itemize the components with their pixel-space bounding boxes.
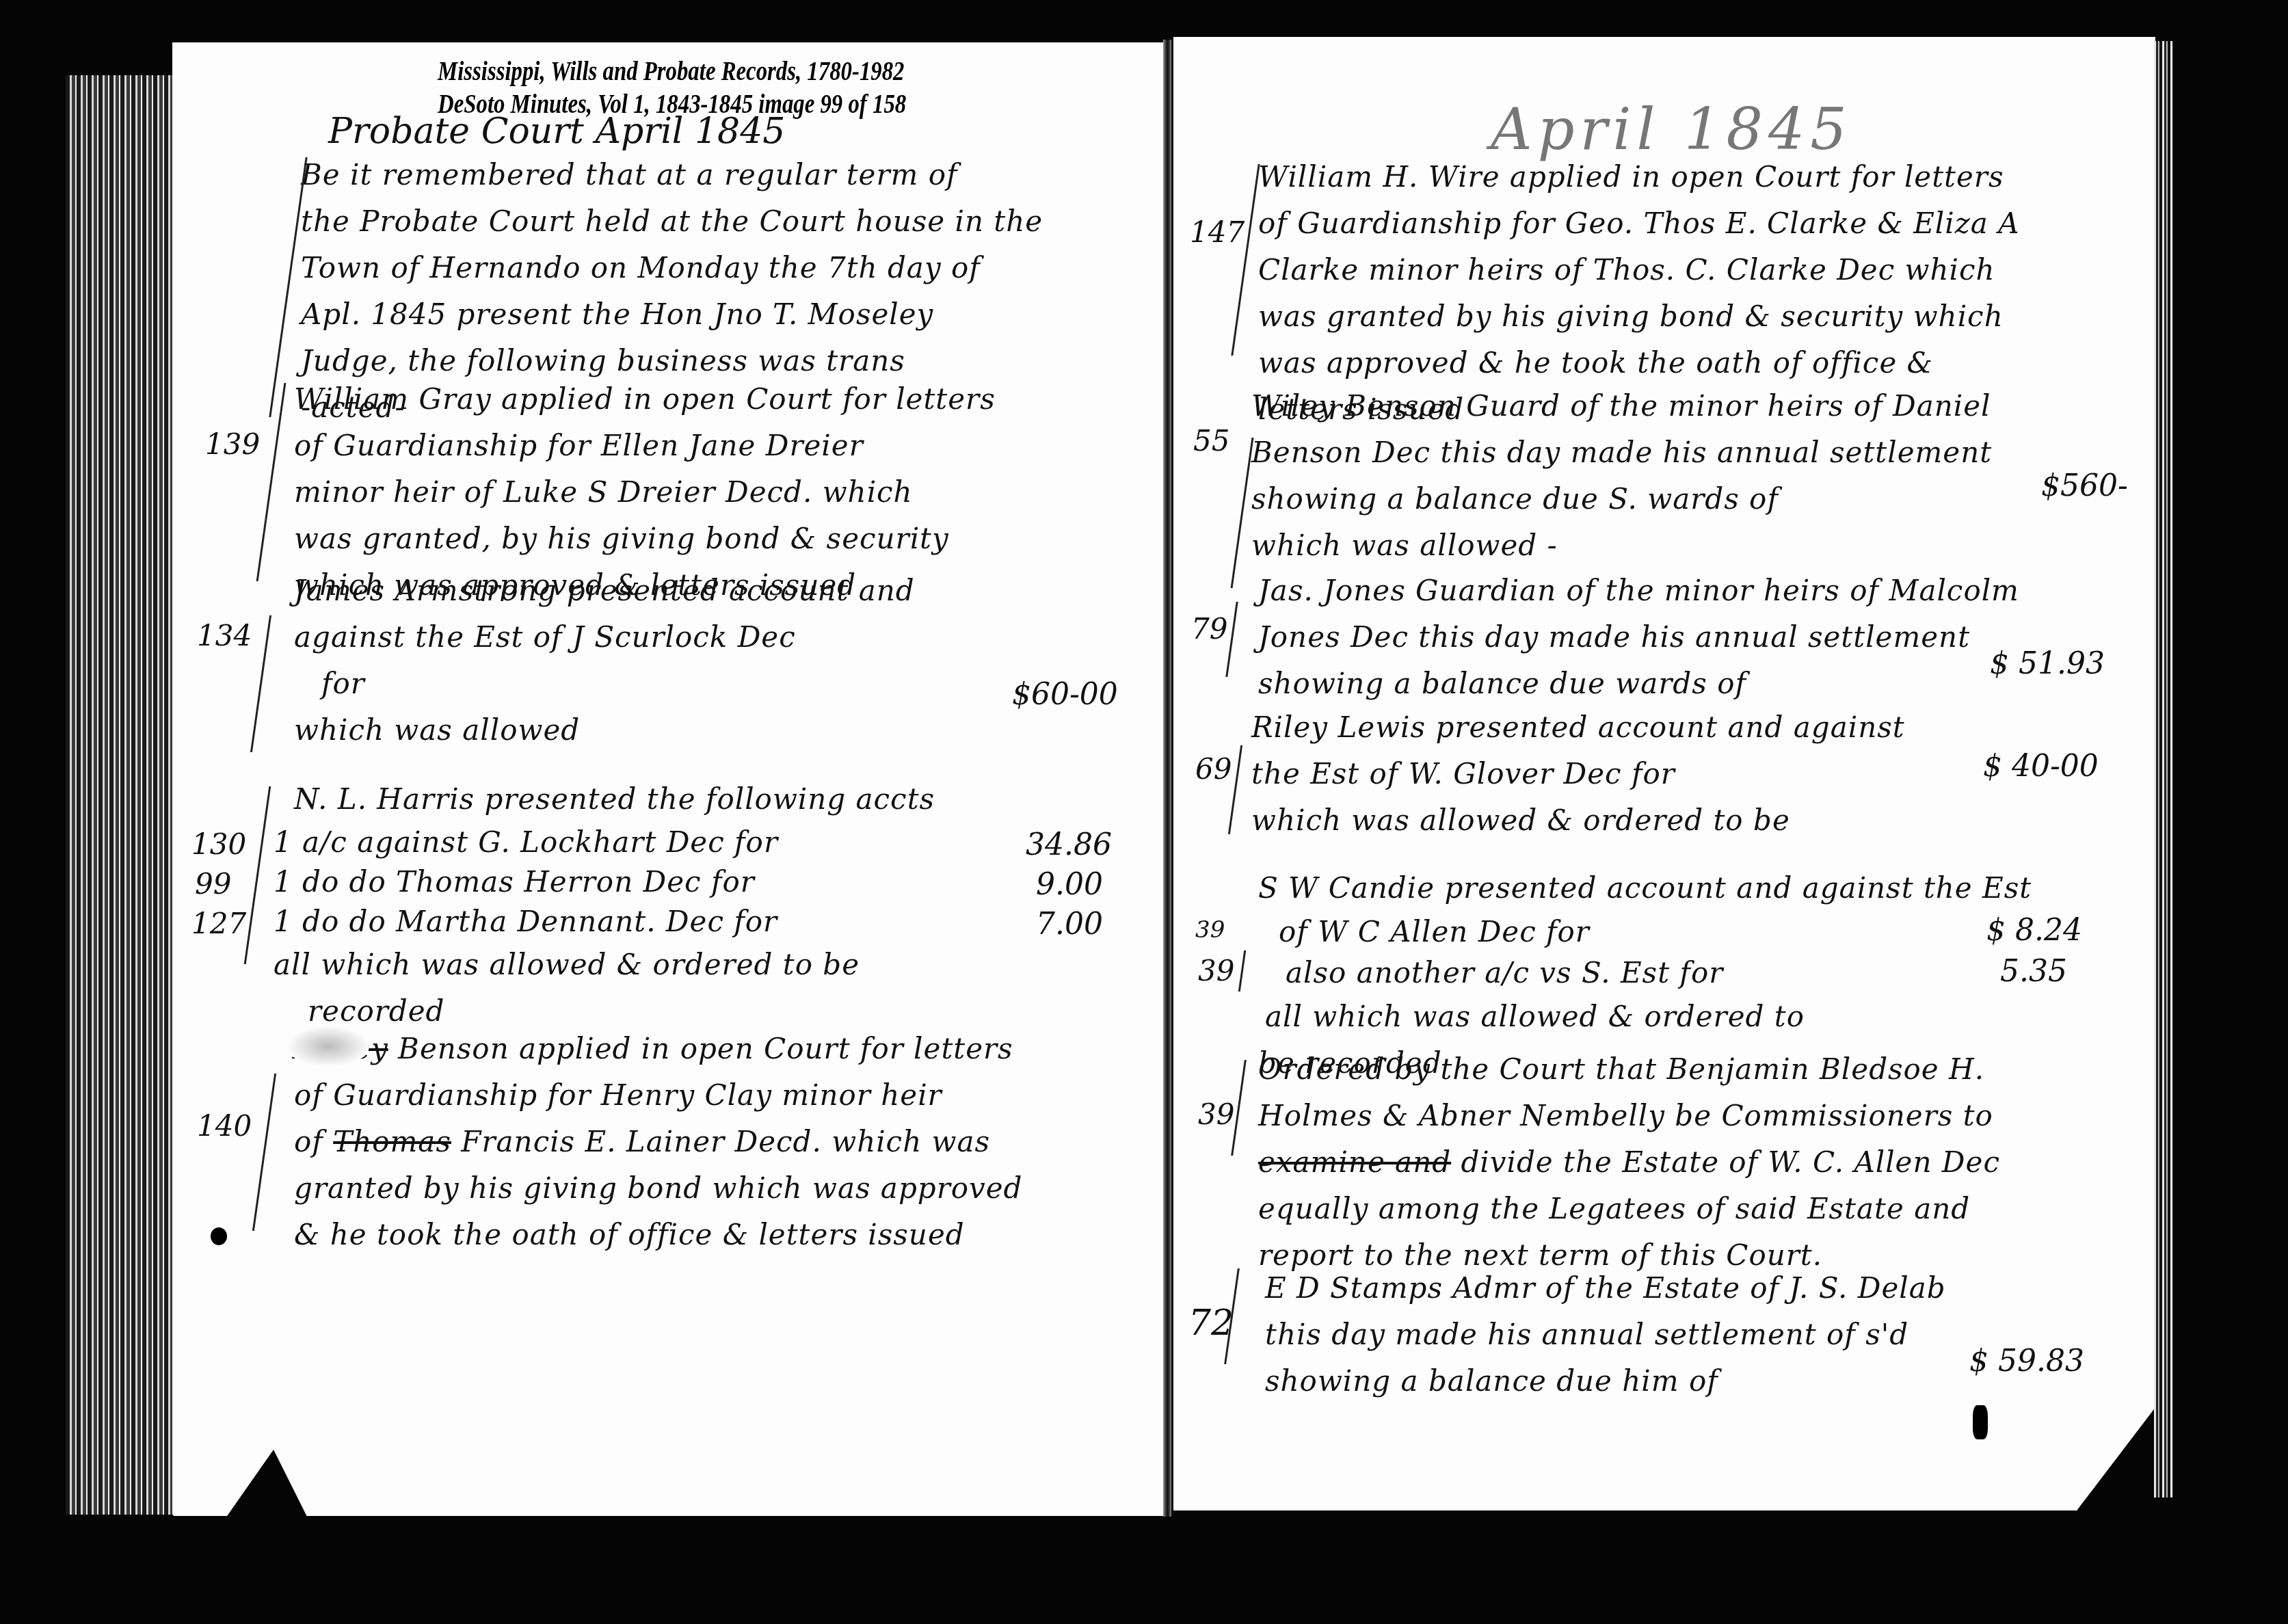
margin-number: 134 <box>197 619 252 652</box>
margin-number: 99 <box>195 867 231 901</box>
caption-collection: Mississippi, Wills and Probate Records, … <box>438 55 897 88</box>
amount: $ 40-00 <box>1983 749 2099 784</box>
ink-smudge <box>287 1026 369 1067</box>
right-entry-wiley-benson: Wiley Benson Guard of the minor heirs of… <box>1251 383 1992 569</box>
amount: $ 51.93 <box>1990 646 2105 681</box>
margin-number: 39 <box>1198 1097 1234 1131</box>
margin-number: 69 <box>1195 752 1232 786</box>
right-page-title: April 1845 <box>1491 96 1852 163</box>
amount: $ 59.83 <box>1969 1344 2084 1379</box>
margin-number: 55 <box>1193 424 1229 457</box>
amount: 5.35 <box>2000 954 2067 989</box>
left-page-title: Probate Court April 1845 <box>328 111 785 152</box>
margin-number: 127 <box>191 907 246 940</box>
page-edges-left-outer <box>66 109 107 1515</box>
amount: $560- <box>2041 468 2128 503</box>
margin-number: 139 <box>205 427 260 461</box>
amount: $ 8.24 <box>1986 913 2082 948</box>
book-spine <box>1163 40 1171 1517</box>
margin-number: 72 <box>1188 1303 1234 1344</box>
ink-blot <box>211 1227 227 1245</box>
right-entry-ed-stamps: E D Stamps Admr of the Estate of J. S. D… <box>1265 1265 1946 1405</box>
margin-number: 39 <box>1195 916 1225 944</box>
amount: 7.00 <box>1036 907 1103 942</box>
amount: 9.00 <box>1036 867 1103 902</box>
margin-number: 39 <box>1198 954 1234 987</box>
margin-number: 79 <box>1191 612 1227 645</box>
right-entry-riley-lewis: Riley Lewis presented account and agains… <box>1251 704 1905 844</box>
margin-number: 147 <box>1190 215 1245 249</box>
left-entry-james-armstrong: James Armstrong presented account and ag… <box>294 568 915 754</box>
margin-number: 140 <box>197 1109 252 1143</box>
amount: $60-00 <box>1012 677 1118 712</box>
right-entry-order-commissioners: Ordered by the Court that Benjamin Bleds… <box>1258 1046 2000 1279</box>
amount: 34.86 <box>1026 827 1112 862</box>
ink-blot <box>1973 1405 1988 1439</box>
margin-number: 130 <box>191 827 246 861</box>
scan-shadow <box>226 1450 308 1518</box>
left-entry-henry-clay: Abbey Benson applied in open Court for l… <box>294 1026 1023 1258</box>
left-entry-nl-harris: N. L. Harris presented the following acc… <box>274 776 935 1035</box>
right-entry-jas-jones: Jas. Jones Guardian of the minor heirs o… <box>1258 568 2019 707</box>
page-edges-right <box>2154 41 2173 1497</box>
